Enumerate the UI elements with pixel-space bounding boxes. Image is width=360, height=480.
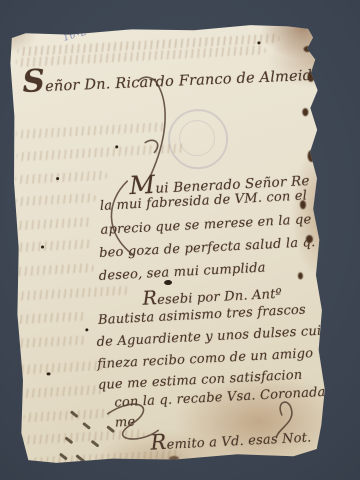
- edge-burn-spot: [298, 272, 303, 279]
- letter-closing-line: Remito a Vd. esas Not.: [150, 422, 312, 454]
- bleedthrough-line: [13, 263, 93, 276]
- bleedthrough-line: [15, 171, 107, 185]
- bleedthrough-line: [16, 122, 166, 139]
- faint-round-stamp: [167, 108, 229, 170]
- edge-burn-spot: [300, 200, 306, 209]
- edge-burn-spot: [307, 150, 315, 162]
- ink-speck: [47, 372, 51, 375]
- bleedthrough-line: [16, 143, 186, 161]
- ink-speck: [85, 328, 88, 331]
- bleedthrough-line: [14, 217, 92, 230]
- letter-body-line: aprecio que se merese en la qe: [100, 212, 312, 238]
- ink-speck: [115, 145, 118, 148]
- bleedthrough-line: [24, 409, 110, 422]
- edge-burn-spot: [304, 46, 312, 52]
- bleedthrough-line: [15, 336, 85, 349]
- letter-body-line: me: [115, 415, 136, 431]
- bleedthrough-line: [16, 193, 96, 206]
- bleedthrough-line: [15, 312, 85, 325]
- photo-of-manuscript: 10-E Señor Dn. Ricardo Franco de Almeida…: [0, 0, 360, 480]
- bleedthrough-line: [15, 239, 91, 252]
- edge-burn-spot: [307, 72, 314, 82]
- bleedthrough-line: [22, 429, 144, 444]
- ink-speck: [41, 245, 44, 248]
- ink-blot: [164, 280, 172, 285]
- ink-speck: [257, 41, 260, 44]
- blue-pencil-annotation: 10-E: [62, 27, 89, 43]
- bleedthrough-line: [16, 361, 108, 375]
- bleedthrough-line: [21, 385, 103, 398]
- bleedthrough-line: [16, 286, 128, 301]
- ink-dash-mark: [82, 422, 91, 430]
- letter-paper-sheet: 10-E Señor Dn. Ricardo Franco de Almeida…: [7, 20, 331, 469]
- ink-speck: [56, 177, 59, 180]
- letter-body-line: beo goza de perfecta salud la q.: [99, 235, 316, 261]
- ink-dash-mark: [91, 440, 100, 448]
- letter-body-line: deseo, sea mui cumplida: [98, 261, 266, 284]
- edge-burn-spot: [169, 456, 179, 461]
- edge-burn-spot: [302, 108, 308, 116]
